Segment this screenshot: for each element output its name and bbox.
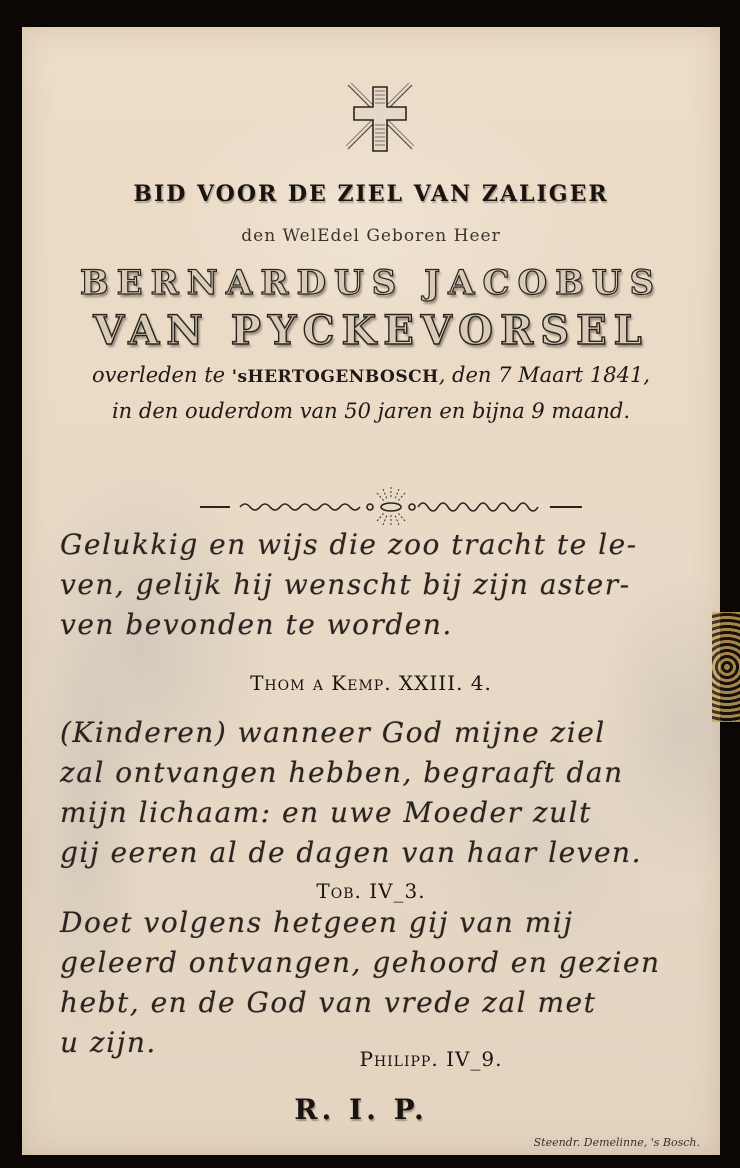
wavy-divider-with-sunburst-icon	[200, 473, 582, 533]
photo-background: BID VOOR DE ZIEL VAN ZALIGER den WelEdel…	[0, 0, 740, 1168]
verse-2: (Kinderen) wanneer God mijne ziel zal on…	[60, 713, 700, 873]
verse-3: Doet volgens hetgeen gij van mij geleerd…	[60, 903, 700, 1063]
verse-line: gij eeren al de dagen van haar leven.	[60, 833, 700, 873]
deceased-given-names: BERNARDUS JACOBUS	[22, 263, 720, 303]
rip-closing: R. I. P.	[12, 1093, 710, 1126]
death-prefix: overleden te	[92, 363, 232, 387]
memorial-card: BID VOOR DE ZIEL VAN ZALIGER den WelEdel…	[22, 27, 720, 1155]
death-date: , den 7 Maart 1841,	[439, 363, 650, 387]
verse-line: (Kinderen) wanneer God mijne ziel	[60, 713, 700, 753]
verse-line: ven, gelijk hij wenscht bij zijn aster-	[60, 565, 700, 605]
verse-line: zal ontvangen hebben, begraaft dan	[60, 753, 700, 793]
verse-line: Doet volgens hetgeen gij van mij	[60, 903, 700, 943]
verse-3-reference: Philipp. IV_9.	[82, 1047, 740, 1071]
verse-line: geleerd ontvangen, gehoord en gezien	[60, 943, 700, 983]
age-line: in den ouderdom van 50 jaren en bijna 9 …	[22, 399, 720, 423]
verse-line: hebt, en de God van vrede zal met	[60, 983, 700, 1023]
deceased-surname: VAN PYCKEVORSEL	[22, 307, 720, 354]
cross-with-rays-icon	[342, 79, 418, 155]
prayer-heading: BID VOOR DE ZIEL VAN ZALIGER	[22, 181, 720, 207]
verse-2-reference: Tob. IV_3.	[22, 879, 720, 903]
verse-line: ven bevonden te worden.	[60, 605, 700, 645]
verse-line: mijn lichaam: en uwe Moeder zult	[60, 793, 700, 833]
death-line: overleden te 'sHERTOGENBOSCH, den 7 Maar…	[22, 363, 720, 387]
verse-1-reference: Thom a Kemp. XXIII. 4.	[22, 671, 720, 695]
death-place: 'sHERTOGENBOSCH	[232, 367, 439, 387]
printer-imprint: Steendr. Demelinne, 's Bosch.	[534, 1136, 700, 1149]
honorific-line: den WelEdel Geboren Heer	[22, 226, 720, 246]
verse-1: Gelukkig en wijs die zoo tracht te le- v…	[60, 525, 700, 645]
gilded-edge-residue	[712, 612, 740, 722]
verse-line: Gelukkig en wijs die zoo tracht te le-	[60, 525, 700, 565]
